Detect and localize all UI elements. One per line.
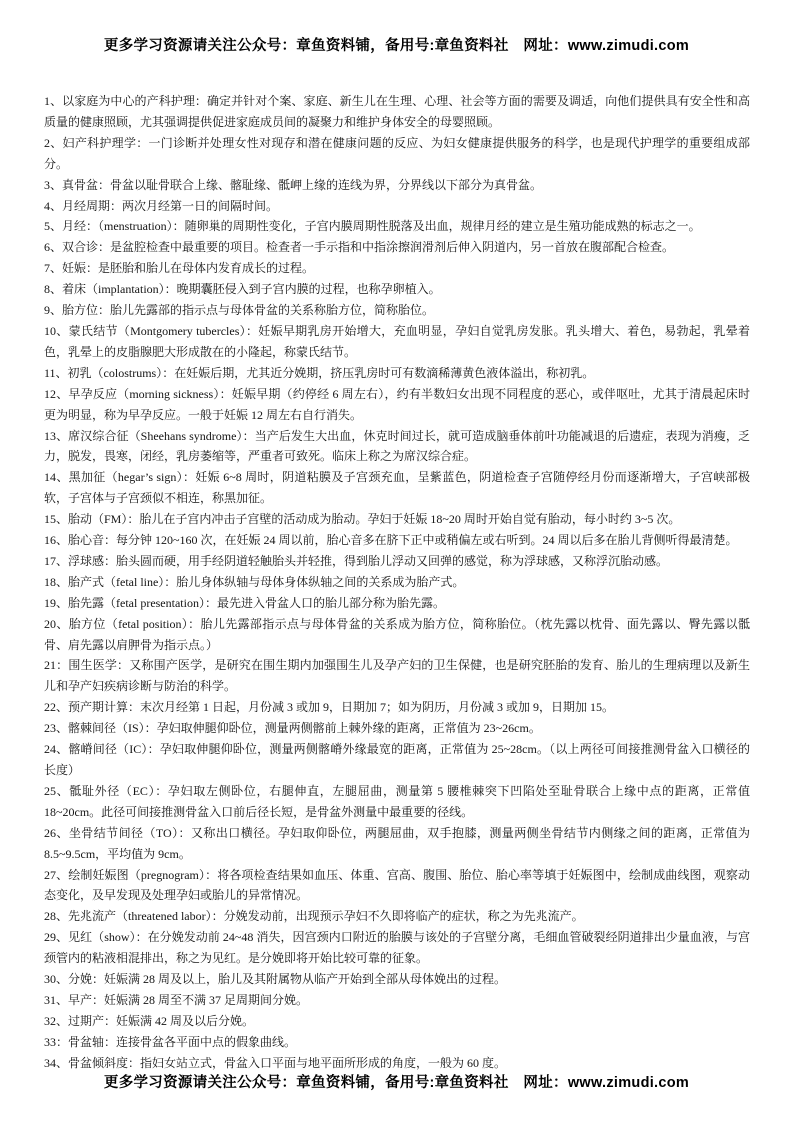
definition-item: 14、黑加征（hegar’s sign）：妊娠 6~8 周时，阴道粘膜及子宫颈充… bbox=[44, 467, 750, 509]
definition-item: 19、胎先露（fetal presentation）：最先进入骨盆人口的胎儿部分… bbox=[44, 593, 750, 614]
definition-item: 11、初乳（colostrums）：在妊娠后期，尤其近分娩期，挤压乳房时可有数滴… bbox=[44, 363, 750, 384]
definition-item: 27、绘制妊娠图（pregnogram）：将各项检查结果如血压、体重、宫高、腹围… bbox=[44, 865, 750, 907]
definition-item: 2、妇产科护理学：一门诊断并处理女性对现存和潜在健康问题的反应、为妇女健康提供服… bbox=[44, 133, 750, 175]
definition-item: 17、浮球感：胎头圆而硬，用手经阴道轻触胎头并轻推，得到胎儿浮动又回弹的感觉，称… bbox=[44, 551, 750, 572]
definition-item: 4、月经周期：两次月经第一日的间隔时间。 bbox=[44, 196, 750, 217]
definition-item: 22、预产期计算：末次月经第 1 日起，月份减 3 或加 9，日期加 7；如为阴… bbox=[44, 697, 750, 718]
definition-item: 10、蒙氏结节（Montgomery tubercles）：妊娠早期乳房开始增大… bbox=[44, 321, 750, 363]
header-notice: 更多学习资源请关注公众号：章鱼资料铺，备用号:章鱼资料社 网址：www.zimu… bbox=[0, 34, 793, 55]
definition-item: 6、双合诊：是盆腔检查中最重要的项目。检查者一手示指和中指涂擦润滑剂后伸入阴道内… bbox=[44, 237, 750, 258]
footer-notice: 更多学习资源请关注公众号：章鱼资料铺，备用号:章鱼资料社 网址：www.zimu… bbox=[0, 1071, 793, 1092]
definition-item: 20、胎方位（fetal position）：胎儿先露部指示点与母体骨盆的关系成… bbox=[44, 614, 750, 656]
definition-item: 31、早产：妊娠满 28 周至不满 37 足周期间分娩。 bbox=[44, 990, 750, 1011]
definition-item: 33：骨盆轴：连接骨盆各平面中点的假象曲线。 bbox=[44, 1032, 750, 1053]
definition-item: 23、髂棘间径（IS）：孕妇取伸腿仰卧位，测量两侧髂前上棘外缘的距离，正常值为 … bbox=[44, 718, 750, 739]
definition-item: 29、见红（show）：在分娩发动前 24~48 消失，因宫颈内口附近的胎膜与该… bbox=[44, 927, 750, 969]
definition-item: 16、胎心音：每分钟 120~160 次，在妊娠 24 周以前，胎心音多在脐下正… bbox=[44, 530, 750, 551]
document-page: 更多学习资源请关注公众号：章鱼资料铺，备用号:章鱼资料社 网址：www.zimu… bbox=[0, 0, 793, 1122]
definition-item: 1、以家庭为中心的产科护理：确定并针对个案、家庭、新生儿在生理、心理、社会等方面… bbox=[44, 91, 750, 133]
definition-item: 3、真骨盆：骨盆以耻骨联合上缘、髂耻缘、骶岬上缘的连线为界，分界线以下部分为真骨… bbox=[44, 175, 750, 196]
definition-item: 24、髂嵴间径（IC）：孕妇取伸腿仰卧位，测量两侧髂嵴外缘最宽的距离，正常值为 … bbox=[44, 739, 750, 781]
definition-item: 28、先兆流产（threatened labor）：分娩发动前，出现预示孕妇不久… bbox=[44, 906, 750, 927]
definition-item: 7、妊娠：是胚胎和胎儿在母体内发育成长的过程。 bbox=[44, 258, 750, 279]
definition-item: 9、胎方位：胎儿先露部的指示点与母体骨盆的关系称胎方位，简称胎位。 bbox=[44, 300, 750, 321]
definition-item: 32、过期产：妊娠满 42 周及以后分娩。 bbox=[44, 1011, 750, 1032]
definition-item: 5、月经：（menstruation）：随卵巢的周期性变化，子宫内膜周期性脱落及… bbox=[44, 216, 750, 237]
definition-item: 8、着床（implantation）：晚期囊胚侵入到子宫内膜的过程，也称孕卵植入… bbox=[44, 279, 750, 300]
definition-item: 15、胎动（FM）：胎儿在子宫内冲击子宫壁的活动成为胎动。孕妇于妊娠 18~20… bbox=[44, 509, 750, 530]
definition-item: 26、坐骨结节间径（TO）：又称出口横径。孕妇取仰卧位，两腿屈曲，双手抱膝，测量… bbox=[44, 823, 750, 865]
definition-item: 12、早孕反应（morning sickness）：妊娠早期（约停经 6 周左右… bbox=[44, 384, 750, 426]
definition-item: 18、胎产式（fetal line）：胎儿身体纵轴与母体身体纵轴之间的关系成为胎… bbox=[44, 572, 750, 593]
definition-item: 21：围生医学：又称围产医学，是研究在围生期内加强围生儿及孕产妇的卫生保健，也是… bbox=[44, 655, 750, 697]
definition-item: 30、分娩：妊娠满 28 周及以上，胎儿及其附属物从临产开始到全部从母体娩出的过… bbox=[44, 969, 750, 990]
definition-item: 25、骶耻外径（EC）：孕妇取左侧卧位，右腿伸直，左腿屈曲，测量第 5 腰椎棘突… bbox=[44, 781, 750, 823]
document-body: 1、以家庭为中心的产科护理：确定并针对个案、家庭、新生儿在生理、心理、社会等方面… bbox=[44, 91, 750, 1074]
definition-item: 13、席汉综合征（Sheehans syndrome）：当产后发生大出血，休克时… bbox=[44, 426, 750, 468]
